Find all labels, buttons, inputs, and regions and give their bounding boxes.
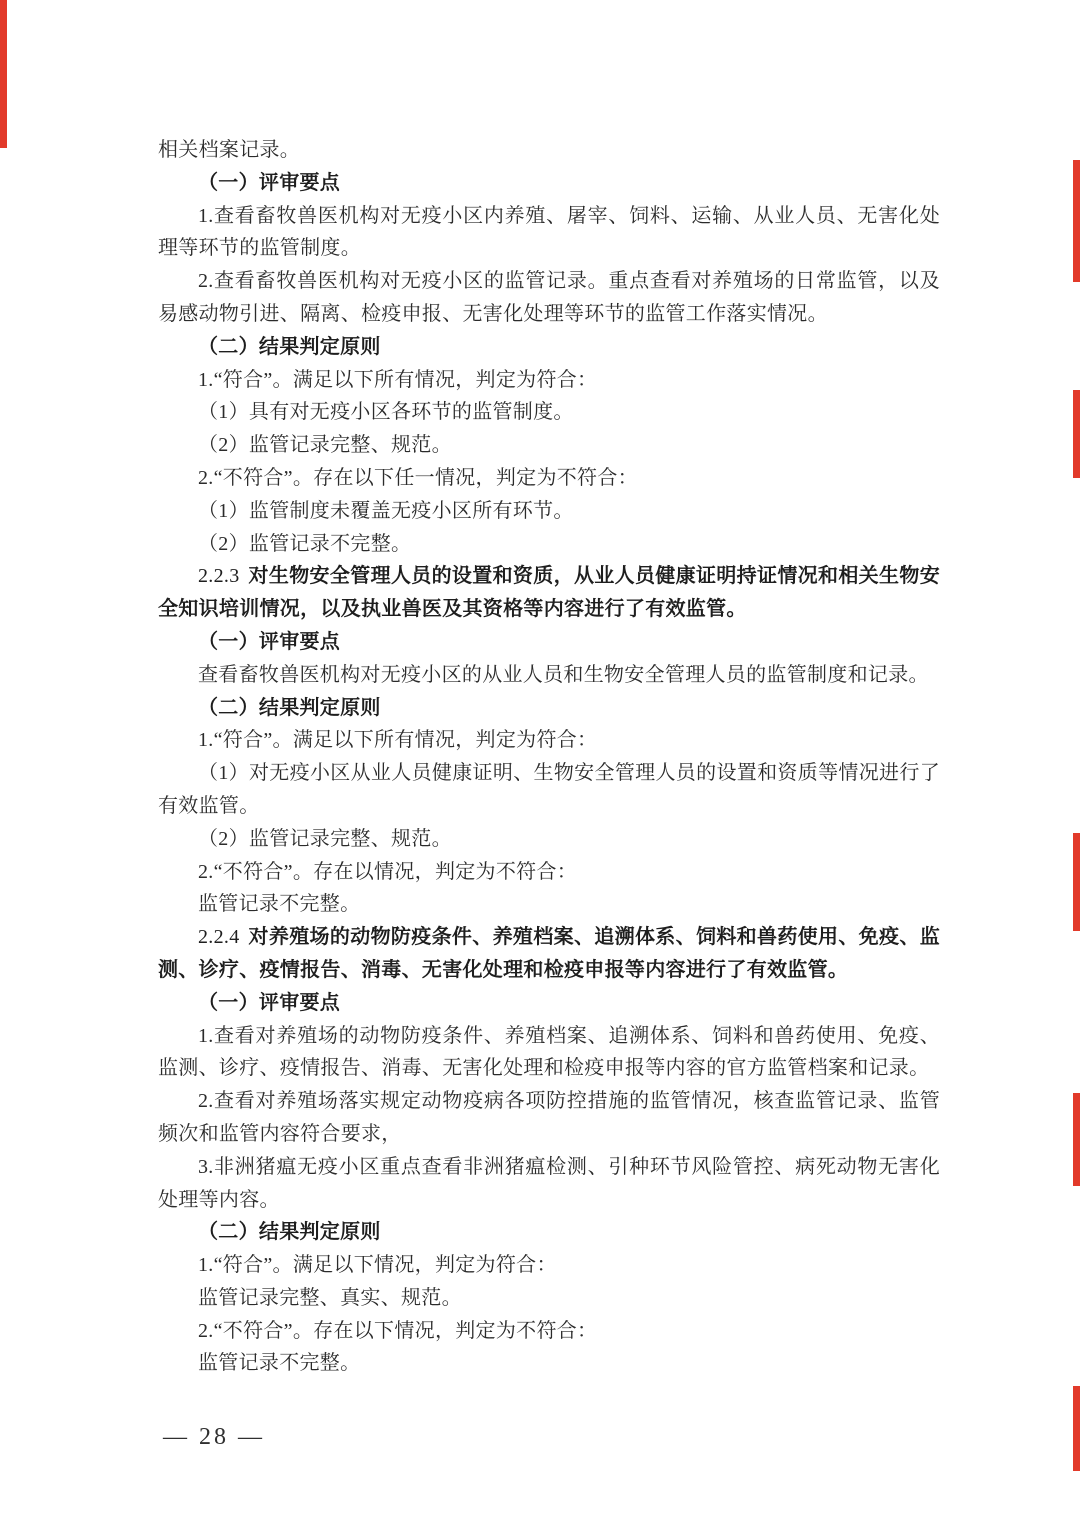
paragraph: 2.“不符合”。存在以情况，判定为不符合： (158, 856, 940, 889)
paragraph: 相关档案记录。 (158, 134, 940, 167)
paragraph: （2）监管记录完整、规范。 (158, 429, 940, 462)
section-heading: （二）结果判定原则 (158, 331, 940, 364)
red-edge-artifact (1073, 390, 1080, 478)
paragraph: （2）监管记录完整、规范。 (158, 823, 940, 856)
red-edge-artifact (0, 0, 7, 148)
paragraph: （1）具有对无疫小区各环节的监管制度。 (158, 396, 940, 429)
section-heading: （二）结果判定原则 (158, 692, 940, 725)
paragraph: （1）监管制度未覆盖无疫小区所有环节。 (158, 495, 940, 528)
section-title: 对养殖场的动物防疫条件、养殖档案、追溯体系、饲料和兽药使用、免疫、监测、诊疗、疫… (158, 926, 940, 981)
paragraph: 3.非洲猪瘟无疫小区重点查看非洲猪瘟检测、引种环节风险管控、病死动物无害化处理等… (158, 1151, 940, 1217)
section-heading: 2.2.4对养殖场的动物防疫条件、养殖档案、追溯体系、饲料和兽药使用、免疫、监测… (158, 921, 940, 987)
paragraph: 1.“符合”。满足以下所有情况，判定为符合： (158, 724, 940, 757)
page-number: — 28 — (163, 1424, 265, 1451)
red-edge-artifact (1073, 160, 1080, 282)
section-title: 对生物安全管理人员的设置和资质，从业人员健康证明持证情况和相关生物安全知识培训情… (158, 565, 940, 620)
document-page: 相关档案记录。 （一）评审要点 1.查看畜牧兽医机构对无疫小区内养殖、屠宰、饲料… (0, 0, 1080, 1527)
paragraph: 监管记录不完整。 (158, 888, 940, 921)
red-edge-artifact (1073, 1093, 1080, 1186)
paragraph: （1）对无疫小区从业人员健康证明、生物安全管理人员的设置和资质等情况进行了有效监… (158, 757, 940, 823)
section-heading: （二）结果判定原则 (158, 1216, 940, 1249)
section-heading: （一）评审要点 (158, 167, 940, 200)
section-number: 2.2.3 (198, 565, 240, 587)
paragraph: 监管记录不完整。 (158, 1347, 940, 1380)
paragraph: 1.查看对养殖场的动物防疫条件、养殖档案、追溯体系、饲料和兽药使用、免疫、监测、… (158, 1020, 940, 1086)
paragraph: 1.查看畜牧兽医机构对无疫小区内养殖、屠宰、饲料、运输、从业人员、无害化处理等环… (158, 200, 940, 266)
section-number: 2.2.4 (198, 926, 240, 948)
section-heading: （一）评审要点 (158, 987, 940, 1020)
red-edge-artifact (1073, 833, 1080, 931)
paragraph: （2）监管记录不完整。 (158, 528, 940, 561)
paragraph: 2.“不符合”。存在以下情况，判定为不符合： (158, 1315, 940, 1348)
paragraph: 2.查看畜牧兽医机构对无疫小区的监管记录。重点查看对养殖场的日常监管，以及易感动… (158, 265, 940, 331)
paragraph: 查看畜牧兽医机构对无疫小区的从业人员和生物安全管理人员的监管制度和记录。 (158, 659, 940, 692)
paragraph: 1.“符合”。满足以下情况，判定为符合： (158, 1249, 940, 1282)
section-heading: 2.2.3对生物安全管理人员的设置和资质，从业人员健康证明持证情况和相关生物安全… (158, 560, 940, 626)
paragraph: 监管记录完整、真实、规范。 (158, 1282, 940, 1315)
paragraph: 1.“符合”。满足以下所有情况，判定为符合： (158, 364, 940, 397)
paragraph: 2.“不符合”。存在以下任一情况，判定为不符合： (158, 462, 940, 495)
red-edge-artifact (1073, 1386, 1080, 1471)
section-heading: （一）评审要点 (158, 626, 940, 659)
paragraph: 2.查看对养殖场落实规定动物疫病各项防控措施的监管情况，核查监管记录、监管频次和… (158, 1085, 940, 1151)
document-body: 相关档案记录。 （一）评审要点 1.查看畜牧兽医机构对无疫小区内养殖、屠宰、饲料… (158, 134, 940, 1380)
